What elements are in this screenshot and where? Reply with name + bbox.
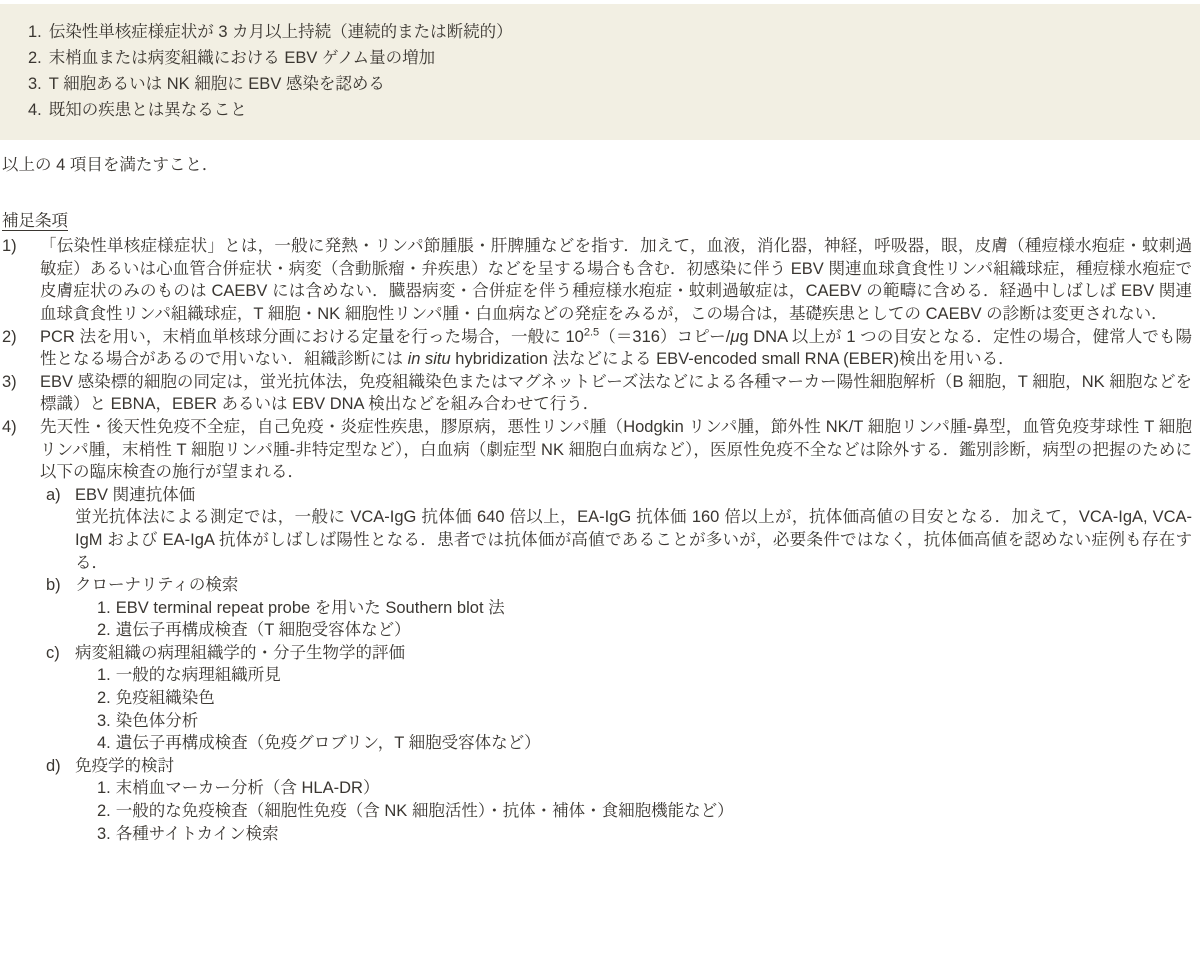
detail-number: 3. bbox=[97, 710, 111, 733]
detail-number: 4. bbox=[97, 732, 111, 755]
document: 1. 伝染性単核症様症状が 3 カ月以上持続（連続的または断続的） 2. 末梢血… bbox=[0, 4, 1200, 851]
sub-item-head: c) 病変組織の病理組織学的・分子生物学的評価 bbox=[46, 642, 1192, 665]
criteria-item: 3. T 細胞あるいは NK 細胞に EBV 感染を認める bbox=[28, 71, 1172, 97]
detail-item: 2. 一般的な免疫検査（細胞性免疫（含 NK 細胞活性）・抗体・補体・食細胞機能… bbox=[97, 800, 1192, 823]
supplement-notes: 1) 「伝染性単核症様症状」とは，一般に発熱・リンパ節腫脹・肝脾腫などを指す．加… bbox=[2, 235, 1192, 845]
sub-item-label: b) bbox=[46, 574, 75, 597]
criteria-item-number: 2. bbox=[28, 45, 42, 71]
latin-term-italic: in situ bbox=[408, 350, 451, 368]
sub-item-label: c) bbox=[46, 642, 75, 665]
detail-item: 2. 免疫組織染色 bbox=[97, 687, 1192, 710]
supplement-heading: 補足条項 bbox=[2, 210, 68, 233]
sub-item-label: a) bbox=[46, 484, 75, 507]
note-item-3: 3) EBV 感染標的細胞の同定は，蛍光抗体法，免疫組織染色またはマグネットビー… bbox=[2, 371, 1192, 416]
criteria-item: 2. 末梢血または病変組織における EBV ゲノム量の増加 bbox=[28, 45, 1172, 71]
detail-text: 遺伝子再構成検査（免疫グロブリン，T 細胞受容体など） bbox=[116, 732, 1192, 755]
detail-number: 1. bbox=[97, 664, 111, 687]
sub-item-head: d) 免疫学的検討 bbox=[46, 755, 1192, 778]
criteria-item-number: 1. bbox=[28, 19, 42, 45]
note-body: 先天性・後天性免疫不全症，自己免疫・炎症性疾患，膠原病，悪性リンパ腫（Hodgk… bbox=[40, 416, 1192, 845]
sub-item-a: a) EBV 関連抗体価 蛍光抗体法による測定では，一般に VCA-IgG 抗体… bbox=[46, 484, 1192, 574]
criteria-item-text: 既知の疾患とは異なること bbox=[49, 97, 1172, 123]
detail-text: EBV terminal repeat probe を用いた Southern … bbox=[116, 597, 1192, 620]
note-item-1: 1) 「伝染性単核症様症状」とは，一般に発熱・リンパ節腫脹・肝脾腫などを指す．加… bbox=[2, 235, 1192, 325]
criteria-item-text: 伝染性単核症様症状が 3 カ月以上持続（連続的または断続的） bbox=[49, 19, 1172, 45]
note-text: EBV 感染標的細胞の同定は，蛍光抗体法，免疫組織染色またはマグネットビーズ法な… bbox=[40, 371, 1192, 416]
sub-item-b: b) クローナリティの検索 1. EBV terminal repeat pro… bbox=[46, 574, 1192, 642]
sub-item-title: 病変組織の病理組織学的・分子生物学的評価 bbox=[75, 642, 1192, 665]
detail-number: 1. bbox=[97, 777, 111, 800]
detail-text: 遺伝子再構成検査（T 細胞受容体など） bbox=[116, 619, 1192, 642]
detail-text: 免疫組織染色 bbox=[116, 687, 1192, 710]
detail-text: 一般的な免疫検査（細胞性免疫（含 NK 細胞活性）・抗体・補体・食細胞機能など） bbox=[116, 800, 1192, 823]
sub-item-title: クローナリティの検索 bbox=[75, 574, 1192, 597]
exponent: 2.5 bbox=[584, 326, 599, 338]
note-number: 1) bbox=[2, 235, 40, 325]
detail-text: 末梢血マーカー分析（含 HLA-DR） bbox=[116, 777, 1192, 800]
detail-text: 各種サイトカイン検索 bbox=[116, 823, 1192, 846]
note-item-4: 4) 先天性・後天性免疫不全症，自己免疫・炎症性疾患，膠原病，悪性リンパ腫（Ho… bbox=[2, 416, 1192, 845]
sub-item-title: EBV 関連抗体価 bbox=[75, 484, 1192, 507]
criteria-item: 4. 既知の疾患とは異なること bbox=[28, 97, 1172, 123]
detail-number: 2. bbox=[97, 619, 111, 642]
detail-item: 1. EBV terminal repeat probe を用いた Southe… bbox=[97, 597, 1192, 620]
sub-item-d: d) 免疫学的検討 1. 末梢血マーカー分析（含 HLA-DR） 2. 一般的な… bbox=[46, 755, 1192, 845]
detail-item: 4. 遺伝子再構成検査（免疫グロブリン，T 細胞受容体など） bbox=[97, 732, 1192, 755]
criteria-item-number: 4. bbox=[28, 97, 42, 123]
detail-item: 1. 一般的な病理組織所見 bbox=[97, 664, 1192, 687]
detail-item: 2. 遺伝子再構成検査（T 細胞受容体など） bbox=[97, 619, 1192, 642]
note-text-segment: （＝316）コピー/ bbox=[599, 328, 730, 346]
detail-text: 一般的な病理組織所見 bbox=[116, 664, 1192, 687]
note-number: 2) bbox=[2, 326, 40, 371]
criteria-item-text: 末梢血または病変組織における EBV ゲノム量の増加 bbox=[49, 45, 1172, 71]
note-number: 3) bbox=[2, 371, 40, 416]
note-text: 「伝染性単核症様症状」とは，一般に発熱・リンパ節腫脹・肝脾腫などを指す．加えて，… bbox=[40, 235, 1192, 325]
diagnostic-criteria-box: 1. 伝染性単核症様症状が 3 カ月以上持続（連続的または断続的） 2. 末梢血… bbox=[0, 4, 1200, 140]
sub-item-c: c) 病変組織の病理組織学的・分子生物学的評価 1. 一般的な病理組織所見 2.… bbox=[46, 642, 1192, 755]
sub-item-body: 蛍光抗体法による測定では，一般に VCA-IgG 抗体価 640 倍以上，EA-… bbox=[75, 506, 1192, 574]
criteria-item-text: T 細胞あるいは NK 細胞に EBV 感染を認める bbox=[49, 71, 1172, 97]
detail-item: 1. 末梢血マーカー分析（含 HLA-DR） bbox=[97, 777, 1192, 800]
note-text: 先天性・後天性免疫不全症，自己免疫・炎症性疾患，膠原病，悪性リンパ腫（Hodgk… bbox=[40, 416, 1192, 484]
note-item-2: 2) PCR 法を用い，末梢血単核球分画における定量を行った場合，一般に 102… bbox=[2, 326, 1192, 371]
note-text-segment: PCR 法を用い，末梢血単核球分画における定量を行った場合，一般に 10 bbox=[40, 328, 584, 346]
criteria-item-number: 3. bbox=[28, 71, 42, 97]
detail-item: 3. 各種サイトカイン検索 bbox=[97, 823, 1192, 846]
detail-number: 2. bbox=[97, 800, 111, 823]
main-text-area: 以上の 4 項目を満たすこと． 補足条項 1) 「伝染性単核症様症状」とは，一般… bbox=[0, 154, 1200, 851]
note-text-segment: hybridization 法などによる EBV-encoded small R… bbox=[451, 350, 1015, 368]
criteria-item: 1. 伝染性単核症様症状が 3 カ月以上持続（連続的または断続的） bbox=[28, 19, 1172, 45]
note-number: 4) bbox=[2, 416, 40, 845]
summary-line: 以上の 4 項目を満たすこと． bbox=[2, 154, 1192, 177]
sub-item-head: a) EBV 関連抗体価 bbox=[46, 484, 1192, 507]
sub-item-head: b) クローナリティの検索 bbox=[46, 574, 1192, 597]
detail-number: 1. bbox=[97, 597, 111, 620]
note-text: PCR 法を用い，末梢血単核球分画における定量を行った場合，一般に 102.5（… bbox=[40, 326, 1192, 371]
detail-text: 染色体分析 bbox=[116, 710, 1192, 733]
sub-item-label: d) bbox=[46, 755, 75, 778]
sub-item-title: 免疫学的検討 bbox=[75, 755, 1192, 778]
detail-number: 2. bbox=[97, 687, 111, 710]
detail-number: 3. bbox=[97, 823, 111, 846]
detail-item: 3. 染色体分析 bbox=[97, 710, 1192, 733]
